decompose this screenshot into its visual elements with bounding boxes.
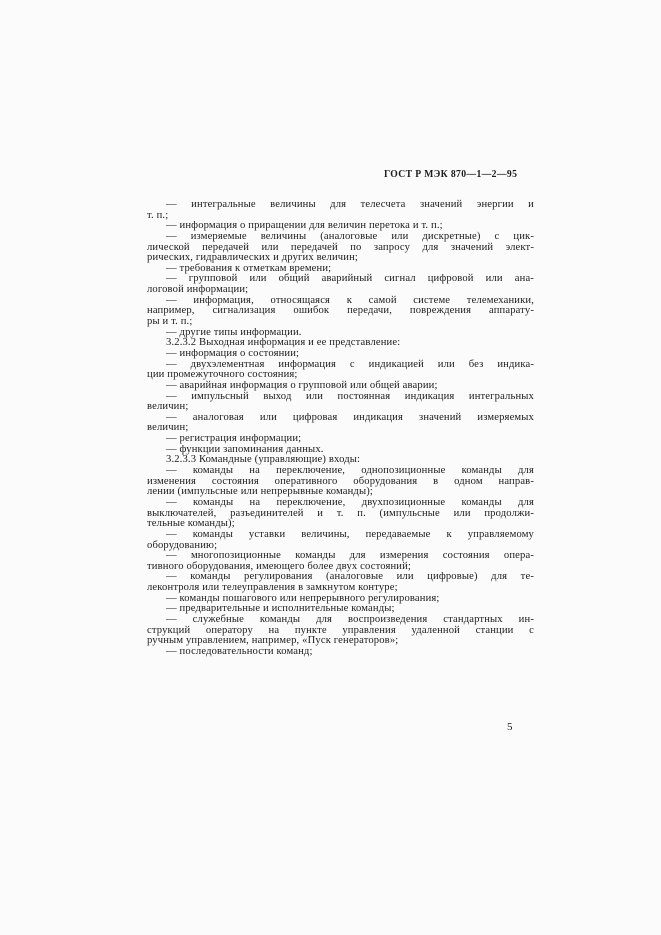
text-line: — аварийная информация о групповой или о… — [166, 381, 534, 392]
text-line: — команды на переключение, двухпозиционн… — [166, 498, 534, 509]
text-line: например, сигнализация ошибок передачи, … — [147, 306, 534, 317]
text-line: — интегральные величины для телесчета зн… — [166, 200, 534, 211]
page-number: 5 — [507, 721, 513, 733]
text-line: — последовательности команд; — [166, 647, 534, 658]
text-line: — команды уставки величины, передаваемые… — [166, 530, 534, 541]
text-line: — измеряемые величины (аналоговые или ди… — [166, 232, 534, 243]
text-line: — импульсный выход или постоянная индика… — [166, 392, 534, 403]
text-line: — информация о состоянии; — [166, 349, 534, 360]
document-header: ГОСТ Р МЭК 870—1—2—95 — [384, 169, 517, 180]
document-body: — интегральные величины для телесчета зн… — [166, 200, 515, 658]
text-line: — аналоговая или цифровая индикация знач… — [166, 413, 534, 424]
